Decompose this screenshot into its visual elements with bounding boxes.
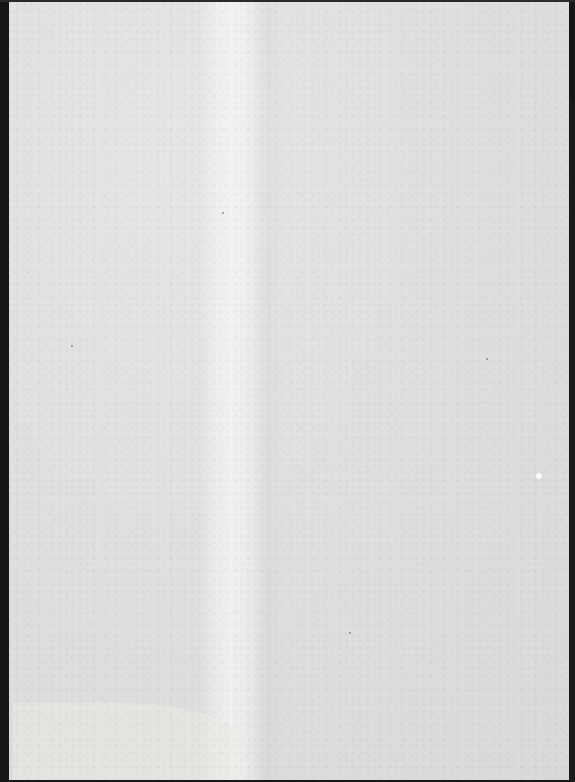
scanner-right-border [569,100,575,782]
paper-speck [222,212,224,214]
paper-wear-patch [13,702,233,780]
paper-speck [486,358,488,360]
scanned-document [0,0,575,782]
paper-speck [71,345,73,347]
blank-page [9,2,569,780]
paper-highlight-speck [536,473,542,479]
paper-speck [349,632,351,634]
